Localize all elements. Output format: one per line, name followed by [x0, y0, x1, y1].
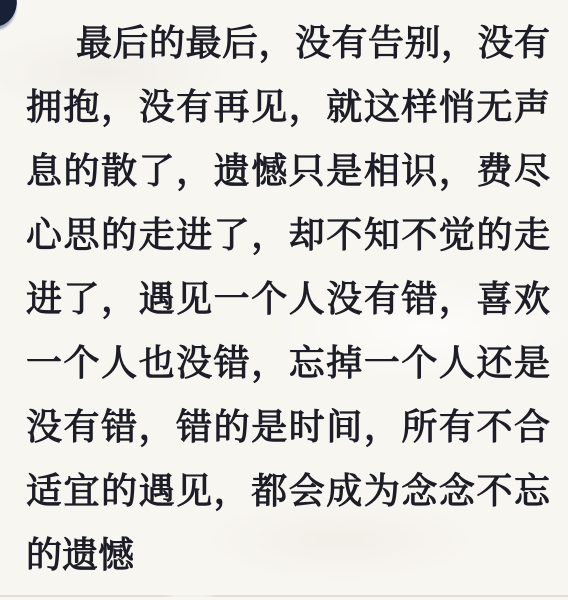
text-line: 进了，遇见一个人没有错，喜欢 [26, 268, 550, 332]
calligraphy-text-block: 最后的最后，没有告别，没有 拥抱，没有再见，就这样悄无声 息的散了，遗憾只是相识… [26, 12, 550, 588]
text-line: 一个人也没错，忘掉一个人还是 [26, 332, 550, 396]
text-line: 适宜的遇见，都会成为念念不忘 [26, 460, 550, 524]
text-line: 拥抱，没有再见，就这样悄无声 [26, 76, 550, 140]
text-line: 最后的最后，没有告别，没有 [26, 12, 550, 76]
photo-bottom-edge [0, 595, 568, 597]
calligraphy-page: 最后的最后，没有告别，没有 拥抱，没有再见，就这样悄无声 息的散了，遗憾只是相识… [0, 0, 568, 600]
corner-photo-fragment [0, 0, 23, 32]
text-line: 心思的走进了，却不知不觉的走 [26, 204, 550, 268]
text-line: 没有错，错的是时间，所有不合 [26, 396, 550, 460]
text-line: 息的散了，遗憾只是相识，费尽 [26, 140, 550, 204]
text-line: 的遗憾 [26, 524, 550, 588]
